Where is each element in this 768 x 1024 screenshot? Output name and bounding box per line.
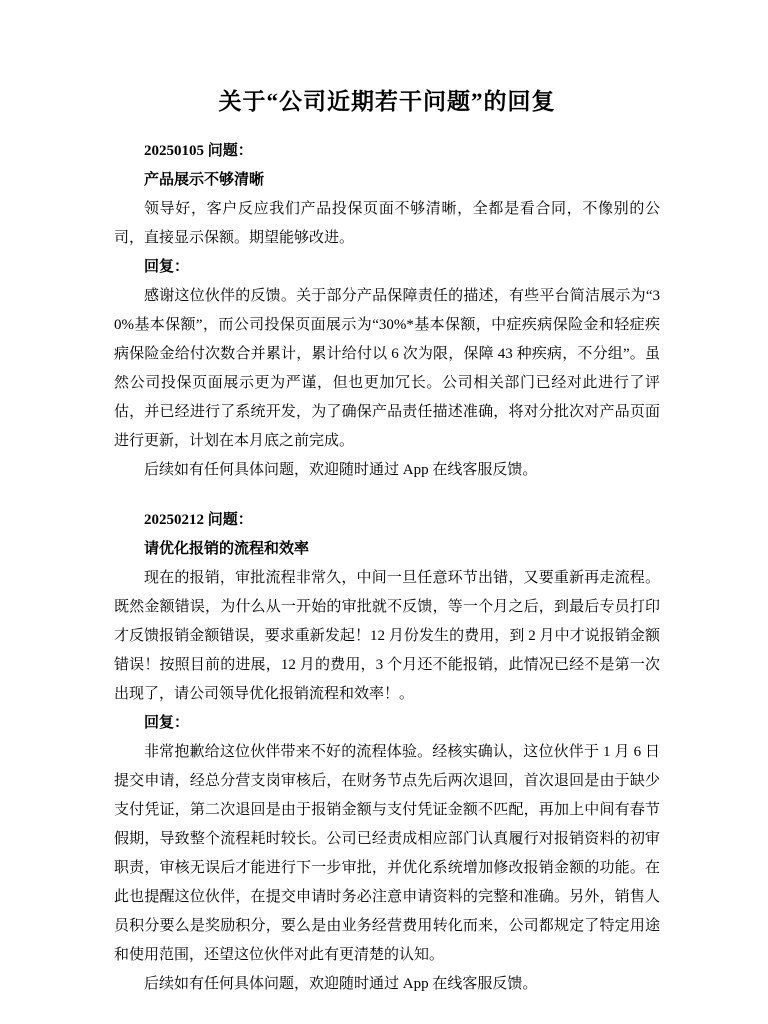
question-title: 产品展示不够清晰	[114, 166, 660, 195]
document-content: 关于“公司近期若干问题”的回复 20250105 问题： 产品展示不够清晰 领导…	[0, 0, 768, 1024]
reply-followup: 后续如有任何具体问题，欢迎随时通过 App 在线客服反馈。	[114, 456, 660, 485]
reply-label: 回复：	[114, 709, 660, 738]
reply-label: 回复：	[114, 253, 660, 282]
document-page: 关于“公司近期若干问题”的回复 20250105 问题： 产品展示不够清晰 领导…	[0, 0, 768, 1024]
qa-section-20250105: 20250105 问题： 产品展示不够清晰 领导好，客户反应我们产品投保页面不够…	[114, 137, 660, 485]
document-title: 关于“公司近期若干问题”的回复	[114, 88, 660, 116]
reply-followup: 后续如有任何具体问题，欢迎随时通过 App 在线客服反馈。	[114, 970, 660, 999]
question-title: 请优化报销的流程和效率	[114, 535, 660, 564]
question-date-label: 20250105 问题：	[114, 137, 660, 166]
qa-section-20250212: 20250212 问题： 请优化报销的流程和效率 现在的报销，审批流程非常久，中…	[114, 506, 660, 999]
question-body: 现在的报销，审批流程非常久，中间一旦任意环节出错，又要重新再走流程。既然金额错误…	[114, 564, 660, 709]
reply-body: 非常抱歉给这位伙伴带来不好的流程体验。经核实确认，这位伙伴于 1 月 6 日提交…	[114, 738, 660, 970]
reply-body: 感谢这位伙伴的反馈。关于部分产品保障责任的描述，有些平台简洁展示为“30%基本保…	[114, 282, 660, 456]
question-date-label: 20250212 问题：	[114, 506, 660, 535]
question-body: 领导好，客户反应我们产品投保页面不够清晰，全都是看合同，不像别的公司，直接显示保…	[114, 195, 660, 253]
